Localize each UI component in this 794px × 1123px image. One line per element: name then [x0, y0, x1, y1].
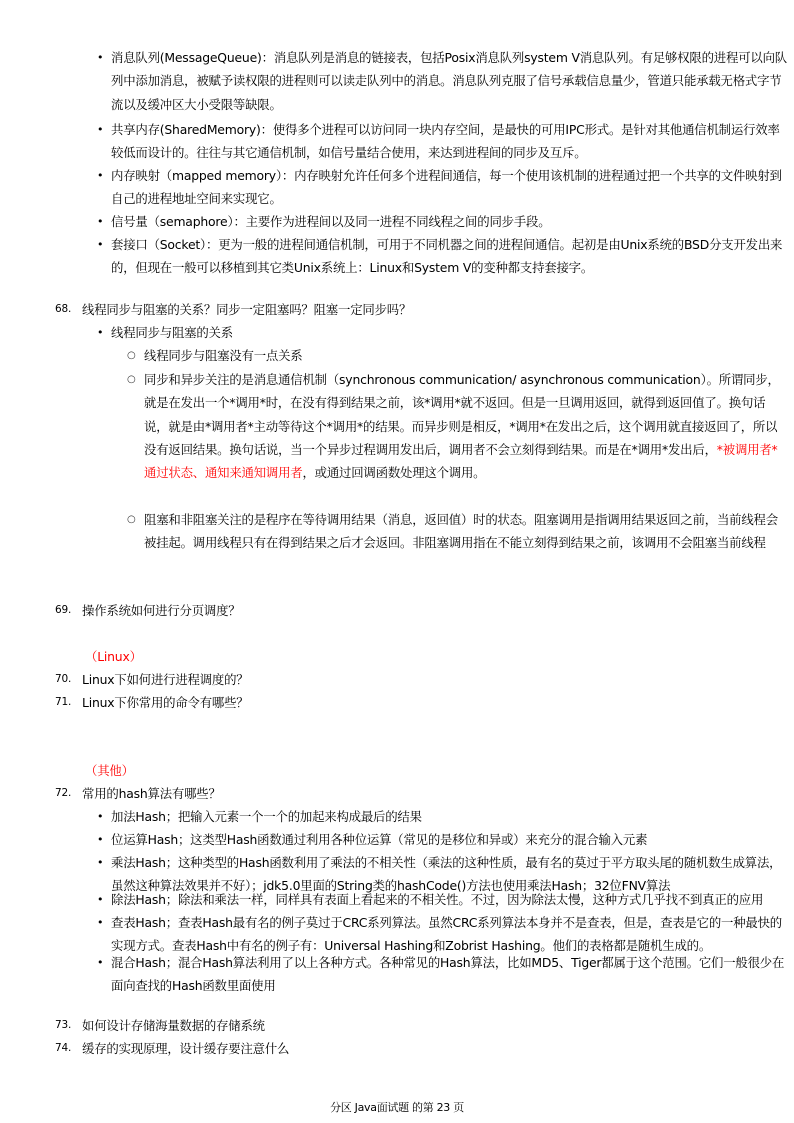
section-heading-linux: （Linux）	[85, 645, 142, 668]
bullet-icon: •	[97, 210, 103, 233]
document-page: • 消息队列(MessageQueue)：消息队列是消息的链接表，包括Posix…	[0, 0, 794, 1123]
bullet-icon: •	[97, 233, 103, 256]
list-item-semaphore: • 信号量（semaphore）：主要作为进程间以及同一进程不同线程之间的同步手…	[111, 210, 789, 233]
question-number: 71.	[55, 691, 71, 714]
list-item-text: 查表Hash；查表Hash最有名的例子莫过于CRC系列算法。虽然CRC系列算法本…	[111, 915, 782, 953]
hash-item-division: • 除法Hash；除法和乘法一样，同样具有表面上看起来的不相关性。不过，因为除法…	[111, 888, 789, 911]
hash-item-addition: • 加法Hash；把输入元素一个一个的加起来构成最后的结果	[111, 805, 789, 828]
bullet-icon: •	[97, 828, 103, 851]
q68-sub-item-3: ○ 阻塞和非阻塞关注的是程序在等待调用结果（消息，返回值）时的状态。阻塞调用是指…	[144, 508, 789, 555]
question-74: 74. 缓存的实现原理，设计缓存要注意什么	[82, 1037, 782, 1060]
question-title: 常用的hash算法有哪些？	[82, 786, 221, 801]
bullet-icon: •	[97, 911, 103, 934]
list-item-message-queue: • 消息队列(MessageQueue)：消息队列是消息的链接表，包括Posix…	[111, 46, 789, 116]
question-71: 71. Linux下你常用的命令有哪些？	[82, 691, 782, 714]
list-item-text: 位运算Hash；这类型Hash函数通过利用各种位运算（常见的是移位和异或）来充分…	[111, 832, 647, 847]
question-title: 如何设计存储海量数据的存储系统	[82, 1018, 265, 1033]
list-item-shared-memory: • 共享内存(SharedMemory)：使得多个进程可以访问同一块内存空间，是…	[111, 118, 789, 165]
bullet-icon: •	[97, 118, 103, 141]
question-title: 线程同步与阻塞的关系？同步一定阻塞吗？阻塞一定同步吗？	[82, 302, 411, 317]
question-title: Linux下你常用的命令有哪些？	[82, 695, 248, 710]
list-item-text: 除法Hash；除法和乘法一样，同样具有表面上看起来的不相关性。不过，因为除法太慢…	[111, 892, 763, 907]
q68-sub-item-1: ○ 线程同步与阻塞没有一点关系	[144, 344, 789, 367]
sub-item-text-post: ，或通过回调函数处理这个调用。	[302, 465, 485, 480]
q68-sub-item-2: ○ 同步和异步关注的是消息通信机制（synchronous communicat…	[144, 368, 789, 484]
circle-bullet-icon: ○	[127, 508, 136, 531]
list-item-text: 消息队列(MessageQueue)：消息队列是消息的链接表，包括Posix消息…	[111, 50, 787, 112]
question-number: 70.	[55, 668, 71, 691]
bullet-icon: •	[97, 888, 103, 911]
question-title: 操作系统如何进行分页调度？	[82, 603, 240, 618]
hash-item-mixed: • 混合Hash；混合Hash算法利用了以上各种方式。各种常见的Hash算法，比…	[111, 951, 789, 998]
question-number: 74.	[55, 1037, 71, 1060]
list-item-text: 内存映射（mapped memory）：内存映射允许任何多个进程间通信，每一个使…	[111, 168, 782, 206]
bullet-icon: •	[97, 164, 103, 187]
bullet-icon: •	[97, 851, 103, 874]
bullet-icon: •	[97, 46, 103, 69]
circle-bullet-icon: ○	[127, 368, 136, 391]
question-title: Linux下如何进行进程调度的？	[82, 672, 248, 687]
question-number: 69.	[55, 599, 71, 622]
list-item-text: 套接口（Socket）：更为一般的进程间通信机制，可用于不同机器之间的进程间通信…	[111, 237, 782, 275]
question-70: 70. Linux下如何进行进程调度的？	[82, 668, 782, 691]
list-item-socket: • 套接口（Socket）：更为一般的进程间通信机制，可用于不同机器之间的进程间…	[111, 233, 789, 280]
list-item-text: 共享内存(SharedMemory)：使得多个进程可以访问同一块内存空间，是最快…	[111, 122, 780, 160]
question-number: 68.	[55, 298, 71, 321]
list-item-text: 混合Hash；混合Hash算法利用了以上各种方式。各种常见的Hash算法，比如M…	[111, 955, 784, 993]
hash-item-bitwise: • 位运算Hash；这类型Hash函数通过利用各种位运算（常见的是移位和异或）来…	[111, 828, 789, 851]
question-68: 68. 线程同步与阻塞的关系？同步一定阻塞吗？阻塞一定同步吗？	[82, 298, 782, 321]
question-73: 73. 如何设计存储海量数据的存储系统	[82, 1014, 782, 1037]
bullet-icon: •	[97, 805, 103, 828]
question-number: 72.	[55, 782, 71, 805]
list-item-text: 线程同步与阻塞的关系	[111, 325, 233, 340]
question-number: 73.	[55, 1014, 71, 1037]
list-item-text: 加法Hash；把输入元素一个一个的加起来构成最后的结果	[111, 809, 422, 824]
bullet-icon: •	[97, 951, 103, 974]
bullet-icon: •	[97, 321, 103, 344]
sub-item-text-pre: 同步和异步关注的是消息通信机制（synchronous communicatio…	[144, 372, 780, 457]
question-72: 72. 常用的hash算法有哪些？	[82, 782, 782, 805]
question-title: 缓存的实现原理，设计缓存要注意什么	[82, 1041, 289, 1056]
list-item-text: 信号量（semaphore）：主要作为进程间以及同一进程不同线程之间的同步手段。	[111, 214, 550, 229]
question-69: 69. 操作系统如何进行分页调度？	[82, 599, 782, 622]
section-heading-other: （其他）	[85, 759, 134, 782]
sub-item-text: 阻塞和非阻塞关注的是程序在等待调用结果（消息，返回值）时的状态。阻塞调用是指调用…	[144, 512, 778, 550]
page-footer: 分区 Java面试题 的第 23 页	[0, 1099, 794, 1115]
circle-bullet-icon: ○	[127, 344, 136, 367]
sub-item-text: 线程同步与阻塞没有一点关系	[144, 348, 302, 363]
list-item-mapped-memory: • 内存映射（mapped memory）：内存映射允许任何多个进程间通信，每一…	[111, 164, 789, 211]
q68-bullet: • 线程同步与阻塞的关系	[111, 321, 789, 344]
